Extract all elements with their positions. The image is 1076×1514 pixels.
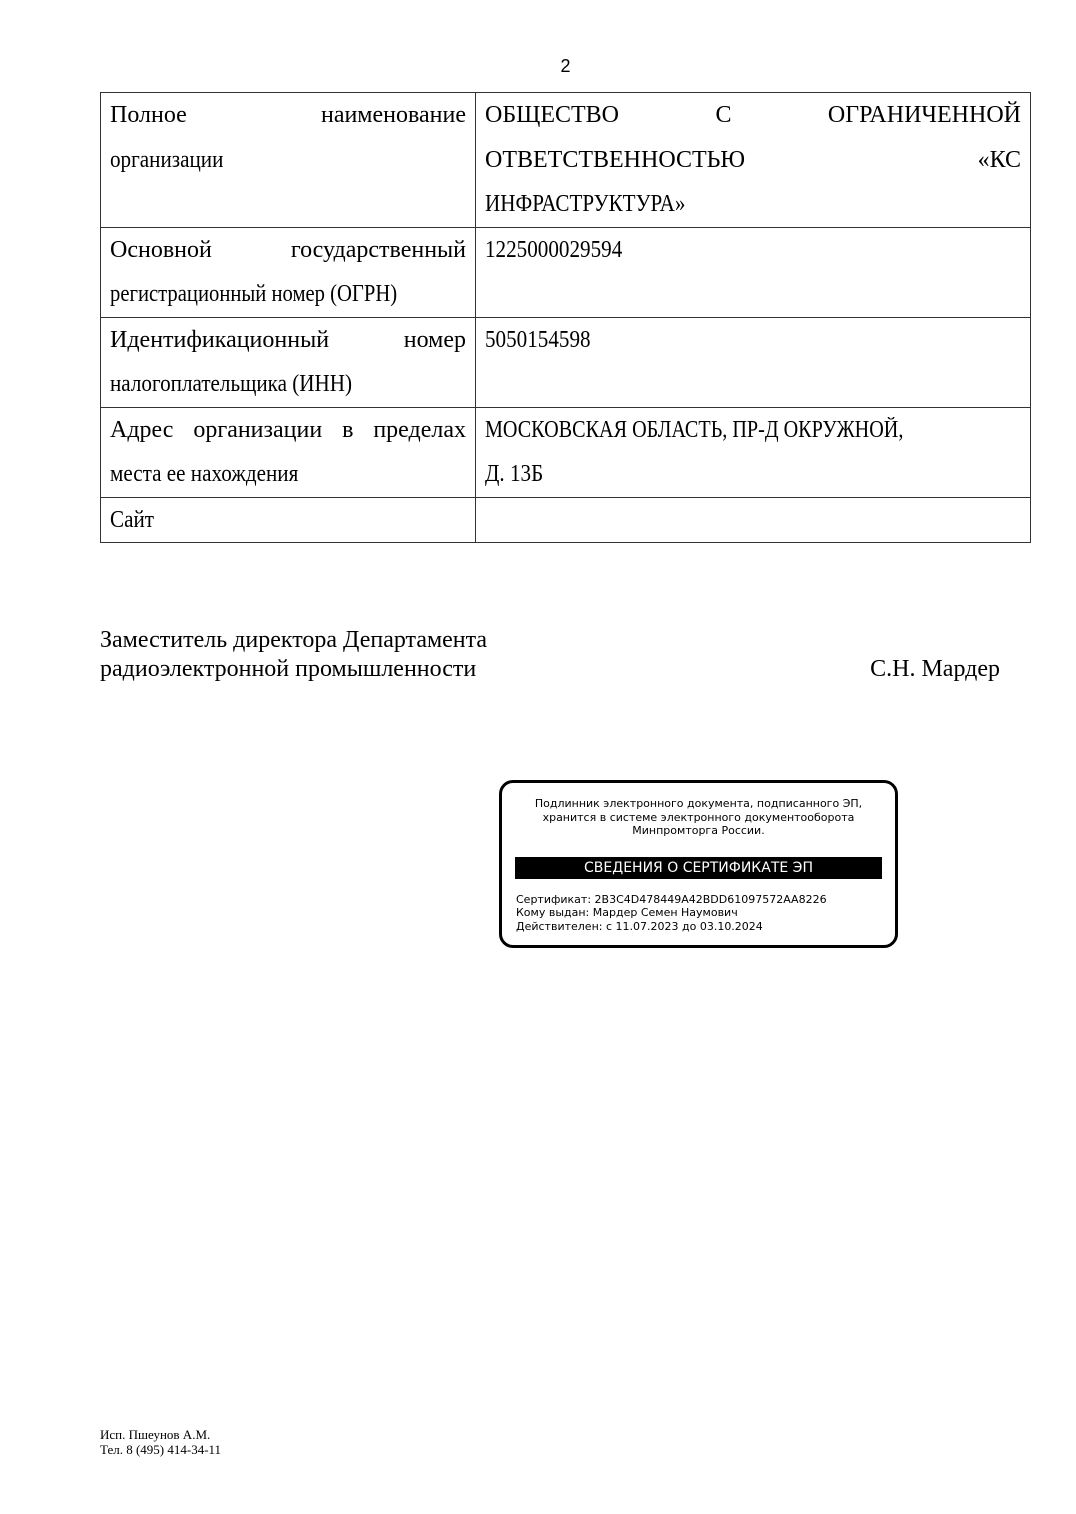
value-cell: 5050154598 <box>476 317 1031 407</box>
label-cell: Адрес организации в пределах места ее на… <box>101 407 476 497</box>
electronic-signature-stamp: Подлинник электронного документа, подпис… <box>499 780 898 948</box>
word: организации <box>193 408 322 453</box>
word: номер <box>404 318 466 363</box>
label-line: места ее нахождения <box>110 452 466 497</box>
label-line: Полное наименование <box>110 93 466 138</box>
value-line <box>485 498 1021 543</box>
value-line: МОСКОВСКАЯ ОБЛАСТЬ, ПР-Д ОКРУЖНОЙ, <box>485 408 1021 453</box>
value-text: ИНФРАСТРУКТУРА» <box>485 182 685 227</box>
word: ОБЩЕСТВО <box>485 93 619 138</box>
word: Полное <box>110 93 187 138</box>
table-row-ogrn: Основной государственный регистрационный… <box>101 227 1031 317</box>
word: Основной <box>110 228 212 273</box>
label-line: Основной государственный <box>110 228 466 273</box>
certificate-holder: Кому выдан: Мардер Семен Наумович <box>516 906 827 919</box>
value-cell: ОБЩЕСТВО С ОГРАНИЧЕННОЙ ОТВЕТСТВЕННОСТЬЮ… <box>476 93 1031 228</box>
label-text: Сайт <box>110 498 154 543</box>
table-row-full-name: Полное наименование организации ОБЩЕСТВО… <box>101 93 1031 228</box>
value-line: Д. 13Б <box>485 452 1021 497</box>
label-line: Сайт <box>110 498 466 543</box>
page-number: 2 <box>0 56 1076 77</box>
executor-footer: Исп. Пшеунов А.М. Тел. 8 (495) 414-34-11 <box>100 1427 221 1457</box>
word: С <box>715 93 731 138</box>
label-text: налогоплательщика (ИНН) <box>110 362 352 407</box>
word: ОТВЕТСТВЕННОСТЬЮ <box>485 138 745 183</box>
word: ОГРАНИЧЕННОЙ <box>828 93 1021 138</box>
certificate-validity: Действителен: с 11.07.2023 до 03.10.2024 <box>516 920 827 933</box>
organization-info-table: Полное наименование организации ОБЩЕСТВО… <box>100 92 1031 543</box>
label-cell: Основной государственный регистрационный… <box>101 227 476 317</box>
value-line: ОБЩЕСТВО С ОГРАНИЧЕННОЙ <box>485 93 1021 138</box>
address-value: Д. 13Б <box>485 452 543 497</box>
stamp-title-bar: СВЕДЕНИЯ О СЕРТИФИКАТЕ ЭП <box>515 857 882 879</box>
value-cell: 1225000029594 <box>476 227 1031 317</box>
word: Идентификационный <box>110 318 329 363</box>
signatory-position: радиоэлектронной промышленности <box>100 655 1000 684</box>
executor-name: Исп. Пшеунов А.М. <box>100 1427 221 1442</box>
value-line: 5050154598 <box>485 318 1021 363</box>
word: Адрес <box>110 408 173 453</box>
inn-value: 5050154598 <box>485 318 591 363</box>
word: государственный <box>291 228 466 273</box>
label-line: налогоплательщика (ИНН) <box>110 362 466 407</box>
stamp-header-line: хранится в системе электронного документ… <box>502 811 895 825</box>
value-line: ИНФРАСТРУКТУРА» <box>485 182 1021 227</box>
address-value: МОСКОВСКАЯ ОБЛАСТЬ, ПР-Д ОКРУЖНОЙ, <box>485 408 903 453</box>
stamp-header-line: Подлинник электронного документа, подпис… <box>502 797 895 811</box>
word: в <box>342 408 353 453</box>
value-line: ОТВЕТСТВЕННОСТЬЮ «КС <box>485 138 1021 183</box>
ogrn-value: 1225000029594 <box>485 228 622 273</box>
stamp-header: Подлинник электронного документа, подпис… <box>502 797 895 838</box>
label-text: места ее нахождения <box>110 452 298 497</box>
label-line: регистрационный номер (ОГРН) <box>110 272 466 317</box>
signature-block: Заместитель директора Департамента радио… <box>100 626 1000 684</box>
label-cell: Сайт <box>101 497 476 543</box>
value-cell <box>476 497 1031 543</box>
label-cell: Идентификационный номер налогоплательщик… <box>101 317 476 407</box>
table-row-inn: Идентификационный номер налогоплательщик… <box>101 317 1031 407</box>
word: пределах <box>373 408 466 453</box>
label-line: Идентификационный номер <box>110 318 466 363</box>
executor-phone: Тел. 8 (495) 414-34-11 <box>100 1442 221 1457</box>
word: «КС <box>978 138 1021 183</box>
label-text: регистрационный номер (ОГРН) <box>110 272 397 317</box>
table-row-site: Сайт <box>101 497 1031 543</box>
signatory-position: Заместитель директора Департамента <box>100 626 1000 655</box>
label-cell: Полное наименование организации <box>101 93 476 228</box>
certificate-number: Сертификат: 2B3C4D478449A42BDD61097572AA… <box>516 893 827 906</box>
label-line: Адрес организации в пределах <box>110 408 466 453</box>
stamp-header-line: Минпромторга России. <box>502 824 895 838</box>
label-line: организации <box>110 138 466 183</box>
table-row-address: Адрес организации в пределах места ее на… <box>101 407 1031 497</box>
value-line: 1225000029594 <box>485 228 1021 273</box>
value-cell: МОСКОВСКАЯ ОБЛАСТЬ, ПР-Д ОКРУЖНОЙ, Д. 13… <box>476 407 1031 497</box>
label-text: организации <box>110 138 223 183</box>
certificate-info: Сертификат: 2B3C4D478449A42BDD61097572AA… <box>516 893 827 933</box>
word: наименование <box>321 93 466 138</box>
signatory-name: С.Н. Мардер <box>870 655 1000 684</box>
